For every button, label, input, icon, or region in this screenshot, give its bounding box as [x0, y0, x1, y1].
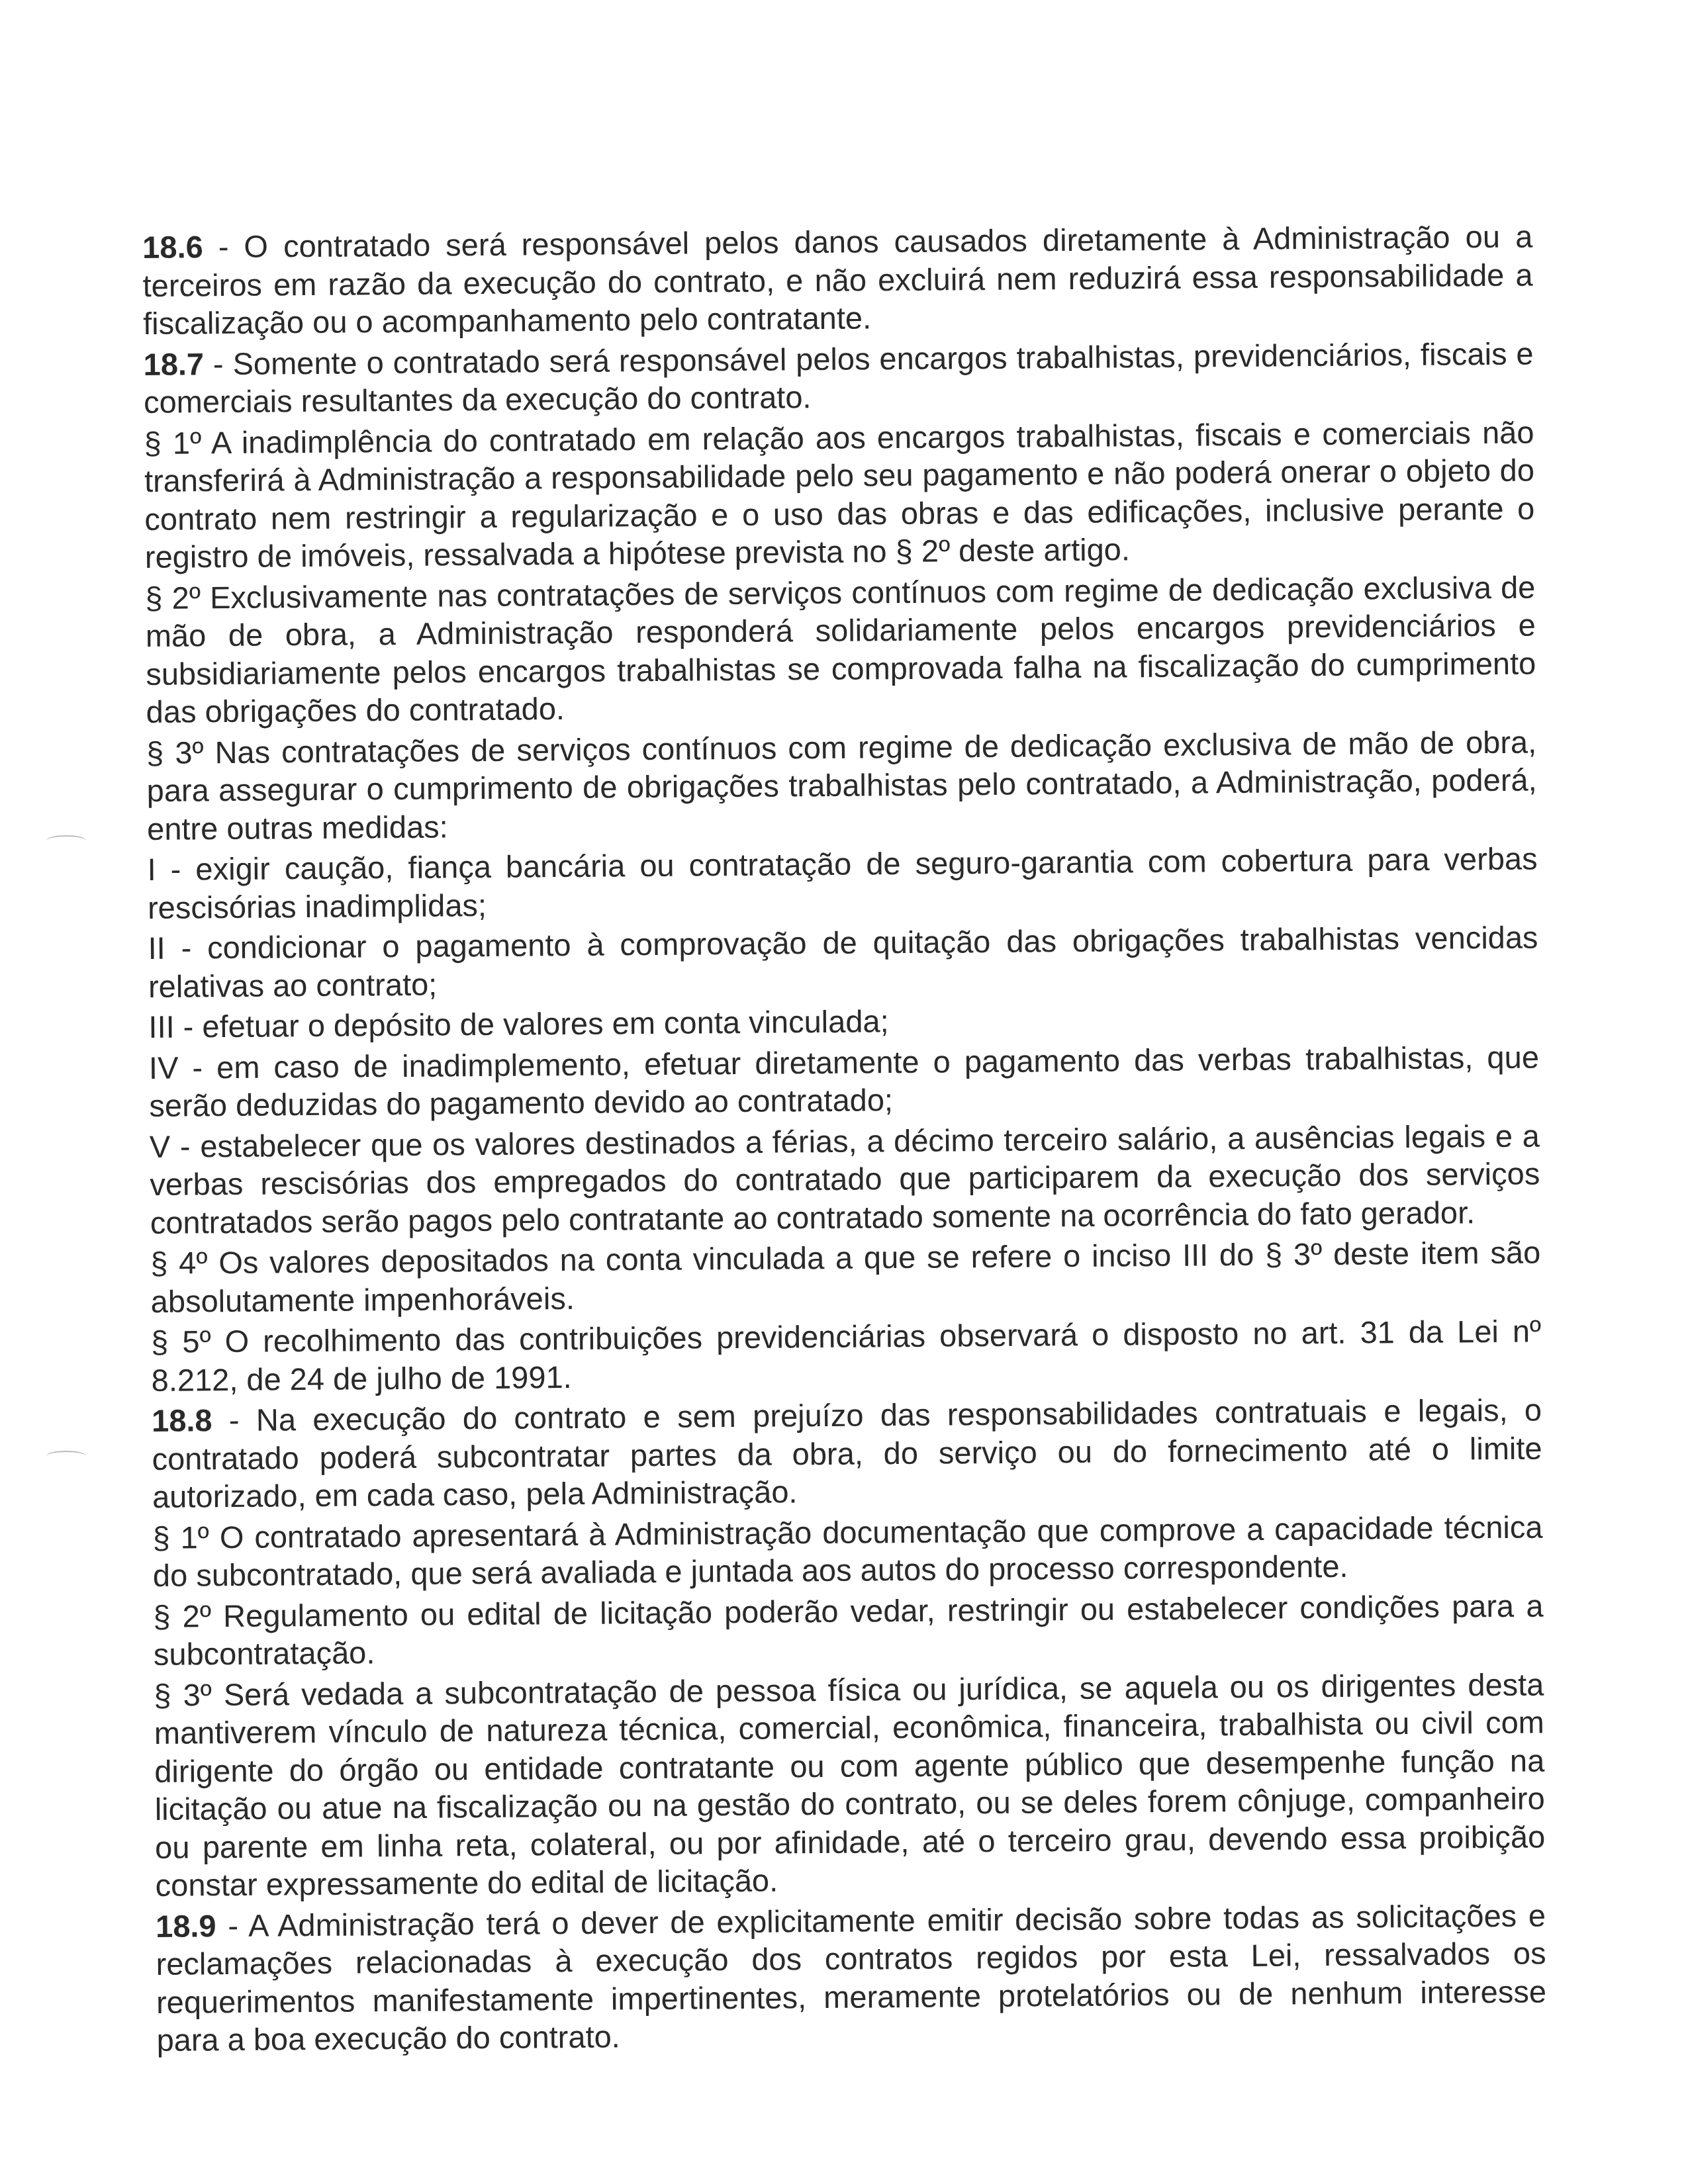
scan-punch-mark-lower	[46, 1451, 86, 1461]
paragraph-18-7-par3: § 3º Nas contratações de serviços contín…	[146, 723, 1537, 848]
paragraph-18-8: 18.8 - Na execução do contrato e sem pre…	[152, 1390, 1542, 1516]
paragraph-text: - A Administração terá o dever de explic…	[156, 1897, 1546, 2058]
paragraph-text: III - efetuar o depósito de valores em c…	[148, 1003, 889, 1044]
paragraph-text: § 1º A inadimplência do contratado em re…	[144, 414, 1534, 574]
item-number: 18.8	[152, 1402, 212, 1438]
inciso-i: I - exigir caução, fiança bancária ou co…	[147, 839, 1538, 926]
item-number: 18.7	[143, 346, 204, 382]
paragraph-18-8-par2: § 2º Regulamento ou edital de licitação …	[153, 1586, 1544, 1673]
paragraph-text: § 4º Os valores depositados na conta vin…	[150, 1234, 1540, 1318]
paragraph-18-8-par1: § 1º O contratado apresentará à Administ…	[152, 1508, 1543, 1594]
inciso-iii: III - efetuar o depósito de valores em c…	[148, 997, 1538, 1046]
scan-punch-mark-upper	[46, 835, 86, 846]
paragraph-text: - Na execução do contrato e sem prejuízo…	[152, 1392, 1542, 1514]
paragraph-text: § 5º O recolhimento das contribuições pr…	[151, 1313, 1541, 1397]
paragraph-text: II - condicionar o pagamento à comprovaç…	[148, 919, 1538, 1003]
paragraph-18-7-par1: § 1º A inadimplência do contratado em re…	[144, 413, 1535, 576]
paragraph-text: § 2º Exclusivamente nas contratações de …	[145, 569, 1536, 729]
document-page: 18.6 - O contratado será responsável pel…	[142, 218, 1547, 2062]
paragraph-18-7: 18.7 - Somente o contratado será respons…	[143, 334, 1534, 421]
paragraph-18-8-par3: § 3º Será vedada a subcontratação de pes…	[154, 1665, 1546, 1904]
inciso-iv: IV - em caso de inadimplemento, efetuar …	[149, 1038, 1540, 1124]
paragraph-text: V - estabelecer que os valores destinado…	[150, 1118, 1540, 1240]
item-number: 18.9	[156, 1908, 216, 1944]
paragraph-18-7-par4: § 4º Os valores depositados na conta vin…	[150, 1233, 1541, 1320]
paragraph-text: § 2º Regulamento ou edital de licitação …	[153, 1588, 1543, 1672]
paragraph-text: IV - em caso de inadimplemento, efetuar …	[149, 1039, 1539, 1123]
paragraph-text: I - exigir caução, fiança bancária ou co…	[147, 841, 1537, 925]
paragraph-18-9: 18.9 - A Administração terá o dever de e…	[156, 1896, 1547, 2059]
paragraph-18-7-par5: § 5º O recolhimento das contribuições pr…	[151, 1312, 1542, 1398]
paragraph-text: § 1º O contratado apresentará à Administ…	[152, 1509, 1542, 1593]
item-number: 18.6	[142, 229, 203, 265]
inciso-ii: II - condicionar o pagamento à comprovaç…	[148, 918, 1538, 1005]
paragraph-18-6: 18.6 - O contratado será responsável pel…	[142, 218, 1533, 343]
paragraph-text: - O contratado será responsável pelos da…	[142, 219, 1532, 341]
inciso-v: V - estabelecer que os valores destinado…	[150, 1116, 1540, 1242]
paragraph-text: - Somente o contratado será responsável …	[144, 336, 1534, 420]
paragraph-text: § 3º Nas contratações de serviços contín…	[146, 724, 1537, 846]
paragraph-18-7-par2: § 2º Exclusivamente nas contratações de …	[145, 568, 1536, 731]
paragraph-text: § 3º Será vedada a subcontratação de pes…	[154, 1666, 1545, 1903]
